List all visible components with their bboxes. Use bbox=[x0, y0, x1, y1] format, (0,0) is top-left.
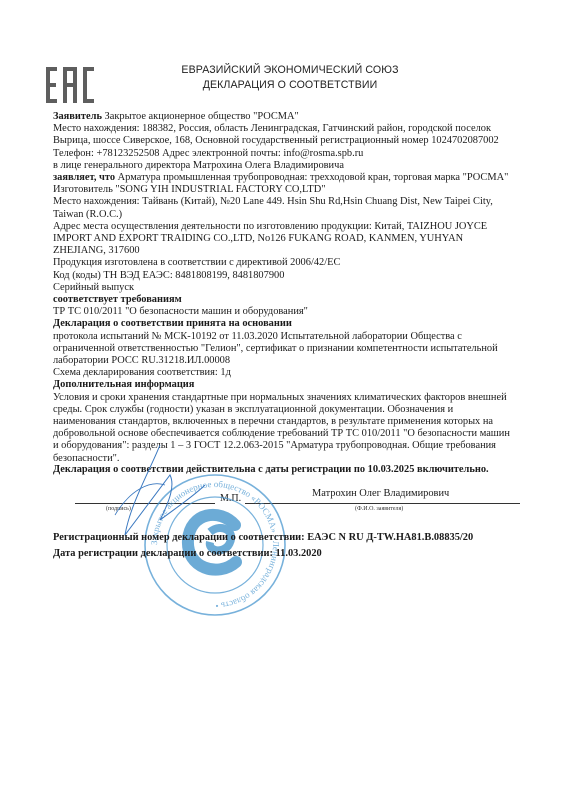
registration-date: Дата регистрации декларации о соответств… bbox=[53, 548, 322, 559]
requirements-value: ТР ТС 010/2011 "О безопасности машин и о… bbox=[53, 306, 523, 318]
registration-number: Регистрационный номер декларации о соотв… bbox=[53, 532, 473, 543]
declaration-scheme: Схема декларирования соответствия: 1д bbox=[53, 367, 523, 379]
declares-label: заявляет, что bbox=[53, 172, 115, 183]
product-directive: Продукция изготовлена в соответствии с д… bbox=[53, 257, 523, 269]
manufacturer-address-2: Taiwan (R.O.C.) bbox=[53, 209, 523, 221]
applicant-address-2: Вырица, шоссе Сиверское, 168, Основной г… bbox=[53, 135, 523, 147]
production-address-3: ZHEJIANG, 317600 bbox=[53, 245, 523, 257]
applicant-represented-by: в лице генерального директора Матрохина … bbox=[53, 160, 523, 172]
basis-line-1: протокола испытаний № МСК-10192 от 11.03… bbox=[53, 331, 523, 343]
declares-value: Арматура промышленная трубопроводная: тр… bbox=[115, 172, 508, 183]
signatory-name: Матрохин Олег Владимирович bbox=[312, 488, 449, 499]
product-series: Серийный выпуск bbox=[53, 282, 523, 294]
additional-line-2: среды. Срок службы (годности) указан в э… bbox=[53, 404, 523, 416]
requirements-heading: соответствует требованиям bbox=[53, 294, 523, 306]
production-address-2: IMPORT AND EXPORT TRAIDING CO.,LTD, No12… bbox=[53, 233, 523, 245]
applicant-address-1: Место нахождения: 188382, Россия, област… bbox=[53, 123, 523, 135]
basis-heading: Декларация о соответствии принята на осн… bbox=[53, 318, 523, 330]
union-title: ЕВРАЗИЙСКИЙ ЭКОНОМИЧЕСКИЙ СОЮЗ bbox=[160, 63, 420, 78]
handwritten-signature-icon bbox=[100, 445, 210, 545]
additional-heading: Дополнительная информация bbox=[53, 379, 523, 391]
applicant-label: Заявитель bbox=[53, 111, 102, 122]
declaration-body: Заявитель Закрытое акционерное общество … bbox=[53, 111, 523, 465]
basis-line-2: ограниченной ответственностью "Гелион", … bbox=[53, 343, 523, 355]
production-address-1: Адрес места осуществления деятельности п… bbox=[53, 221, 523, 233]
additional-line-4: добровольной основе обеспечивается соблю… bbox=[53, 428, 523, 440]
applicant-line: Заявитель Закрытое акционерное общество … bbox=[53, 111, 523, 123]
declaration-title: ДЕКЛАРАЦИЯ О СООТВЕТСТВИИ bbox=[160, 78, 420, 93]
eac-mark-icon bbox=[46, 67, 94, 103]
declares-line: заявляет, что Арматура промышленная труб… bbox=[53, 172, 523, 184]
applicant-value: Закрытое акционерное общество "РОСМА" bbox=[102, 111, 299, 122]
manufacturer-address-1: Место нахождения: Тайвань (Китай), №20 L… bbox=[53, 196, 523, 208]
applicant-contacts: Телефон: +78123252508 Адрес электронной … bbox=[53, 148, 523, 160]
additional-line-3: наименования стандартов, включенных в пе… bbox=[53, 416, 523, 428]
additional-line-1: Условия и сроки хранения стандартные при… bbox=[53, 392, 523, 404]
name-caption: (Ф.И.О. заявителя) bbox=[355, 506, 403, 512]
document-header: ЕВРАЗИЙСКИЙ ЭКОНОМИЧЕСКИЙ СОЮЗ ДЕКЛАРАЦИ… bbox=[160, 63, 420, 93]
product-codes: Код (коды) ТН ВЭД ЕАЭС: 8481808199, 8481… bbox=[53, 270, 523, 282]
manufacturer-name: Изготовитель "SONG YIH INDUSTRIAL FACTOR… bbox=[53, 184, 523, 196]
basis-line-3: лаборатории РОСС RU.31218.ИЛ.00008 bbox=[53, 355, 523, 367]
